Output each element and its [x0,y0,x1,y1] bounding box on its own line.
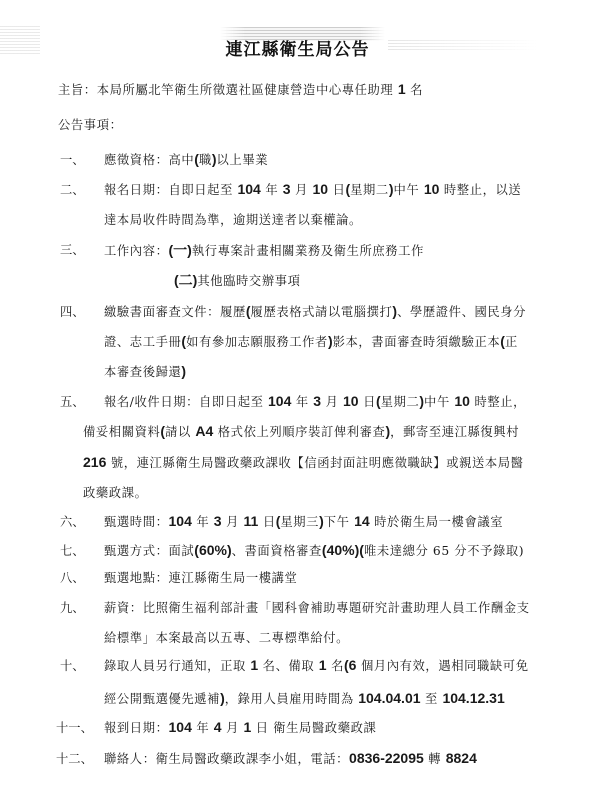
text-segment: 名 [327,659,344,673]
text-segment: 工作內容： [104,244,169,258]
text-segment: 應徵資格：高中 [104,153,194,167]
text-segment: 月 [222,515,244,529]
item-text-line: 甄選時間：104 年 3 月 11 日(星期三)下午 14 時於衛生局一樓會議室 [104,512,503,530]
bold-value: (二) [174,272,197,288]
text-segment: 影本，書面審查時須繳驗正本 [333,335,501,349]
item-text-line: 工作內容：(一)執行專案計畫相關業務及衛生所庶務工作 [104,240,424,260]
text-segment: 如有參加志願服務工作者 [186,335,328,349]
item-number: 二、 [60,180,85,198]
item-number: 十二、 [56,749,93,767]
item-text-line: 應徵資格：高中(職)以上畢業 [104,150,268,168]
item-text-line: (二)其他臨時交辦事項 [174,270,301,290]
bold-value: 10 [454,393,470,409]
subject-suffix: 名 [410,83,423,97]
text-segment: 月 [321,395,343,409]
text-segment: 時整止，以送 [439,183,521,197]
text-segment: 給標準」本案最高以五專、二專標準給付。 [104,631,349,645]
item-text-line: 繳驗書面審查文件：履歷(履歷表格式請以電腦撰打)、學歷證件、國民身分 [104,302,526,320]
text-segment: 報名/收件日期：自即日起至 [104,395,268,409]
text-segment: 中午 [424,395,454,409]
item-text-line: 備妥相關資料(請以 A4 格式依上列順序裝訂俾利審查)，郵寄至連江縣復興村 [83,422,519,440]
bold-value: 104 [169,719,192,735]
text-segment: 執行專案計畫相關業務及衛生所庶務工作 [192,244,424,258]
text-segment: 履歷表格式請以電腦撰打 [251,305,393,319]
text-segment: 格式依上列順序裝訂俾利審查 [213,425,385,439]
item-number: 十、 [60,656,85,674]
text-segment: 至 [421,692,443,706]
item-text-line: 政藥政課。 [83,483,148,501]
text-segment: 政藥政課。 [83,486,148,500]
text-segment: 月 [291,183,313,197]
text-segment: 聯絡人：衛生局醫政藥政課李小姐，電話： [104,752,349,766]
item-text-line: 達本局收件時間為準，逾期送達者以棄權論。 [104,210,362,228]
item-number: 七、 [60,541,85,559]
bold-value: 4 [214,719,222,735]
item-number: 一、 [60,150,85,168]
bold-value: 10 [312,181,328,197]
bold-value: (6 [344,657,356,673]
text-segment: 時整止， [470,395,526,409]
bold-value: 3 [214,513,222,529]
bold-value: 104.12.31 [442,690,504,706]
text-segment: 本審查後歸還 [104,365,181,379]
bold-value: 14 [354,513,370,529]
item-text-line: 給標準」本案最高以五專、二專標準給付。 [104,628,349,646]
bold-value: A4 [195,423,213,439]
item-text-line: 證、志工手冊(如有參加志願服務工作者)影本，書面審查時須繳驗正本(正 [104,332,518,350]
text-segment: 薪資：比照衛生福利部計畫「國科會補助專題研究計畫助理人員工作酬金支 [104,601,530,615]
text-segment: ，錄用人員雇用時間為 [225,692,358,706]
item-number: 三、 [60,240,85,258]
item-text-line: 報到日期：104 年 4 月 1 日 衛生局醫政藥政課 [104,718,376,736]
bold-value: (一) [169,242,192,258]
text-segment: 個月內有效，遇相同職缺可免 [356,659,528,673]
text-segment: 中午 [394,183,424,197]
text-segment: 其他臨時交辦事項 [197,274,300,288]
bold-value: 216 [83,454,106,470]
bold-value: 8824 [446,750,477,766]
text-segment: 月 [222,721,244,735]
item-text-line: 報名/收件日期：自即日起至 104 年 3 月 10 日(星期二)中午 10 時… [104,392,526,410]
text-segment: 錄取人員另行通知，正取 [104,659,250,673]
item-text-line: 報名日期：自即日起至 104 年 3 月 10 日(星期二)中午 10 時整止，… [104,180,521,198]
text-segment: 職 [199,153,212,167]
bold-value: (60%) [194,542,231,558]
bold-value: 104 [268,393,291,409]
text-segment: 正 [505,335,518,349]
text-segment: 年 [192,515,214,529]
bold-value: 104 [169,513,192,529]
item-text-line: 錄取人員另行通知，正取 1 名、備取 1 名(6 個月內有效，遇相同職缺可免 [104,656,529,674]
subject-label: 主旨： [58,83,97,97]
bold-value: 104.04.01 [358,690,420,706]
item-number: 五、 [60,392,85,410]
text-segment: 請以 [165,425,195,439]
text-segment: 星期二 [350,183,389,197]
text-segment: 唯未達總分 65 分不予錄取) [364,544,524,558]
text-segment: 達本局收件時間為準，逾期送達者以棄權論。 [104,213,362,227]
text-segment: 報名日期：自即日起至 [104,183,237,197]
bold-value: 1 [319,657,327,673]
text-segment: 日 衛生局醫政藥政課 [251,721,376,735]
text-segment: 經公開甄選優先遞補 [104,692,220,706]
document-title: 連江縣衛生局公告 [0,35,595,60]
text-segment: 年 [192,721,214,735]
item-text-line: 甄選地點：連江縣衛生局一樓講堂 [104,568,297,586]
notice-heading: 公告事項： [58,115,123,133]
text-segment: 轉 [424,752,446,766]
bold-value: (40%)( [322,542,364,558]
text-segment: 備妥相關資料 [83,425,160,439]
item-text-line: 聯絡人：衛生局醫政藥政課李小姐，電話：0836-22095 轉 8824 [104,749,477,767]
item-text-line: 薪資：比照衛生福利部計畫「國科會補助專題研究計畫助理人員工作酬金支 [104,598,530,616]
text-segment: 甄選方式：面試 [104,544,194,558]
text-segment: 繳驗書面審查文件：履歷 [104,305,246,319]
bold-value: 3 [283,181,291,197]
text-segment: 星期二 [381,395,420,409]
bold-value: 0836-22095 [349,750,424,766]
text-segment: 年 [261,183,283,197]
text-segment: 報到日期： [104,721,169,735]
item-number: 四、 [60,302,85,320]
subject-count: 1 [398,81,406,97]
text-segment: 星期三 [280,515,319,529]
text-segment: 下午 [324,515,354,529]
item-number: 九、 [60,598,85,616]
text-segment: 號，連江縣衛生局醫政藥政課收【信函封面註明應徵職缺】或親送本局醫 [106,456,523,470]
text-segment: 日 [359,395,376,409]
bold-value: 1 [250,657,258,673]
item-number: 八、 [60,568,85,586]
subject-line: 主旨：本局所屬北竿衛生所徵選社區健康營造中心專任助理 1 名 [58,80,423,98]
item-number: 六、 [60,512,85,530]
item-text-line: 216 號，連江縣衛生局醫政藥政課收【信函封面註明應徵職缺】或親送本局醫 [83,453,524,471]
bold-value: 3 [313,393,321,409]
text-segment: 名、備取 [258,659,319,673]
text-segment: 證、志工手冊 [104,335,181,349]
subject-text: 本局所屬北竿衛生所徵選社區健康營造中心專任助理 [97,83,394,97]
text-segment: 日 [328,183,345,197]
text-segment: 年 [291,395,313,409]
item-text-line: 經公開甄選優先遞補)，錄用人員雇用時間為 104.04.01 至 104.12.… [104,689,505,707]
text-segment: 甄選時間： [104,515,169,529]
text-segment: 日 [258,515,275,529]
item-text-line: 甄選方式：面試(60%)、書面資格審查(40%)(唯未達總分 65 分不予錄取) [104,541,524,559]
bold-value: 10 [343,393,359,409]
text-segment: 時於衛生局一樓會議室 [370,515,503,529]
item-text-line: 本審查後歸還) [104,362,186,380]
bold-value: 104 [237,181,260,197]
text-segment: ，郵寄至連江縣復興村 [390,425,519,439]
text-segment: 、學歷證件、國民身分 [397,305,526,319]
text-segment: 、書面資格審查 [232,544,322,558]
item-number: 十一、 [56,718,93,736]
text-segment: 以上畢業 [217,153,269,167]
bold-value: 11 [244,513,259,529]
text-segment: 甄選地點：連江縣衛生局一樓講堂 [104,571,297,585]
bold-value: 10 [424,181,440,197]
bold-value: ) [181,363,186,379]
